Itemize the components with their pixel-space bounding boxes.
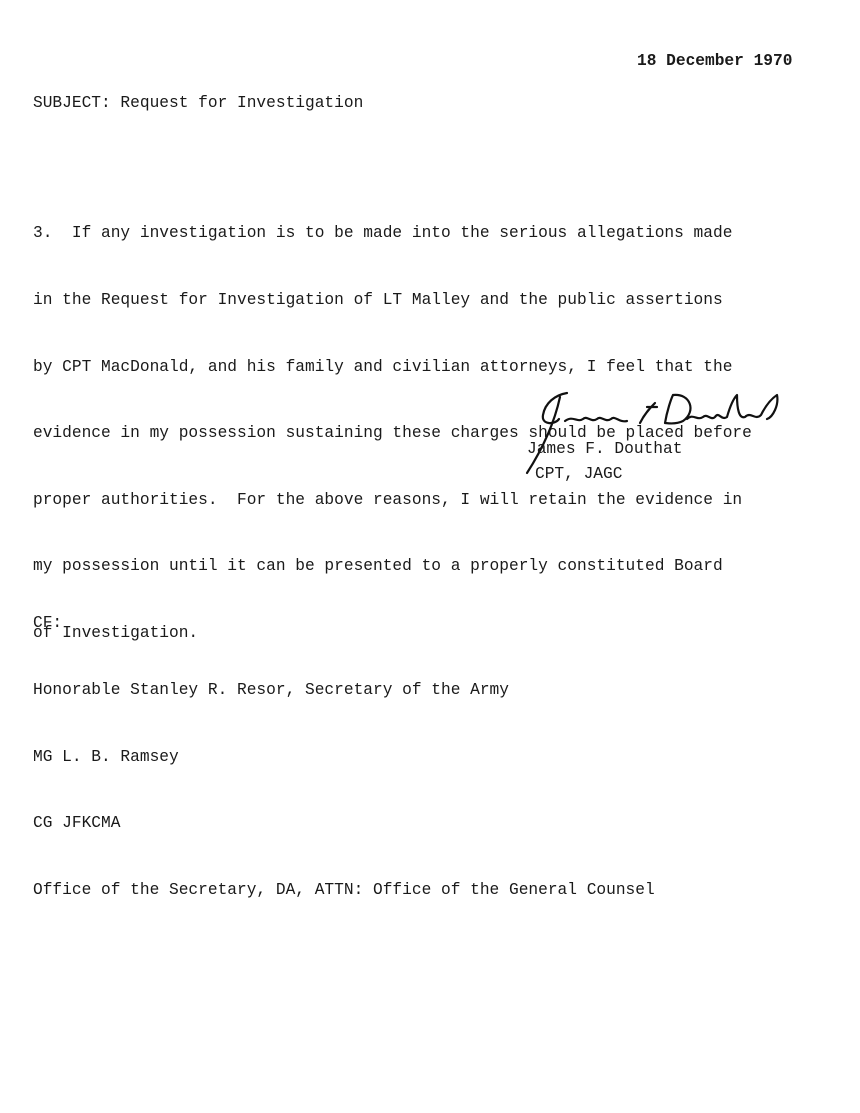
cf-recipient: MG L. B. Ramsey xyxy=(33,746,655,768)
paragraph-line: proper authorities. For the above reason… xyxy=(33,489,752,511)
signer-name: James F. Douthat xyxy=(527,438,682,460)
paragraph-line: 3. If any investigation is to be made in… xyxy=(33,222,752,244)
signer-title: CPT, JAGC xyxy=(535,463,622,485)
document-date: 18 December 1970 xyxy=(637,50,792,72)
cf-label: CF: xyxy=(33,612,655,634)
copies-furnished: CF: Honorable Stanley R. Resor, Secretar… xyxy=(33,568,655,923)
cf-recipient: Honorable Stanley R. Resor, Secretary of… xyxy=(33,679,655,701)
subject-line: SUBJECT: Request for Investigation xyxy=(33,92,363,114)
cf-recipient: Office of the Secretary, DA, ATTN: Offic… xyxy=(33,879,655,901)
cf-recipient: CG JFKCMA xyxy=(33,812,655,834)
paragraph-line: in the Request for Investigation of LT M… xyxy=(33,289,752,311)
paragraph-line: by CPT MacDonald, and his family and civ… xyxy=(33,356,752,378)
